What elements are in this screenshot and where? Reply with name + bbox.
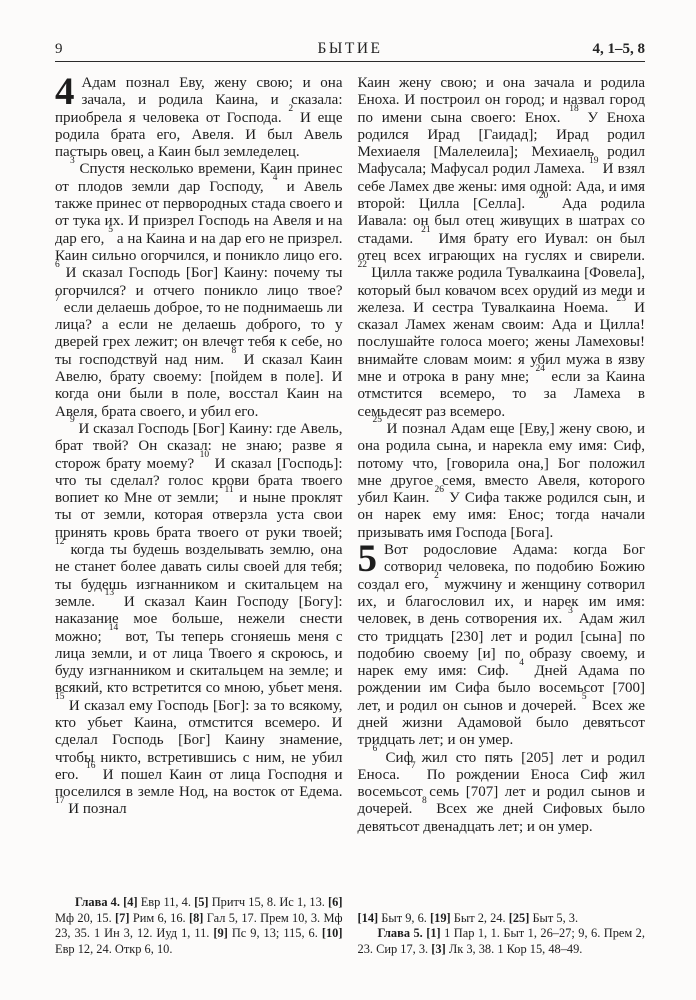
verse-number: 10 [200, 450, 210, 460]
verse-number: 6 [55, 260, 60, 270]
verse-number: 8 [231, 346, 236, 356]
running-header: 9 БЫТИЕ 4, 1–5, 8 [55, 40, 645, 58]
footnote-ref: [19] [430, 911, 451, 925]
verse-number: 15 [55, 692, 65, 702]
footnote-text: Лк 3, 38. 1 Кор 15, 48–49. [446, 942, 583, 956]
footnote-ref: [10] [322, 926, 343, 940]
right-column-body: Каин жену свою; и она зачала и родила Ен… [358, 75, 646, 836]
footnote-ref: [8] [189, 911, 203, 925]
footnote-paragraph: Глава 5. [1] 1 Пар 1, 1. Быт 1, 26–27; 9… [358, 926, 646, 957]
verse-number: 18 [569, 104, 579, 114]
left-column-body: 4Адам познал Еву, жену свою; и она зачал… [55, 75, 343, 819]
book-title: БЫТИЕ [145, 40, 555, 58]
footnote-text: Мф 20, 15. [55, 911, 115, 925]
footnote-text: Притч 15, 8. Ис 1, 13. [209, 895, 328, 909]
footnote-paragraph: [14] Быт 9, 6. [19] Быт 2, 24. [25] Быт … [358, 911, 646, 926]
footnote-ref: [7] [115, 911, 129, 925]
chapter-5-paragraph: 5Вот родословие Адама: когда Бог сотвори… [358, 542, 646, 750]
verse-text: И пошел Каин от лица Господня и поселилс… [55, 767, 343, 800]
verse-number: 5 [582, 692, 587, 702]
header-rule [55, 61, 645, 62]
footnote-text: Быт 9, 6. [378, 911, 430, 925]
verse-number: 11 [224, 485, 233, 495]
verse-number: 2 [434, 571, 439, 581]
left-column-footnotes: Глава 4. [4] Евр 11, 4. [5] Притч 15, 8.… [55, 895, 343, 957]
left-column: 4Адам познал Еву, жену свою; и она зачал… [55, 75, 343, 957]
chapter-4-paragraph: 4Адам познал Еву, жену свою; и она зачал… [55, 75, 343, 161]
verse-text: И сказал Господь [Бог] Каину: почему ты … [55, 265, 343, 298]
paragraph: Каин жену свою; и она зачала и родила Ен… [358, 75, 646, 421]
footnote-ref: [3] [431, 942, 445, 956]
verse-number: 14 [109, 623, 119, 633]
verse-number: 7 [55, 294, 60, 304]
footnote-text: Рим 6, 16. [129, 911, 188, 925]
footnote-ref: [4] [123, 895, 137, 909]
paragraph: 25 И познал Адам еще [Еву,] жену свою, и… [358, 421, 646, 542]
verse-number: 7 [411, 761, 416, 771]
paragraph: 6 Сиф жил сто пять [205] лет и родил Ено… [358, 750, 646, 836]
paragraph: 3 Спустя несколько времени, Каин принес … [55, 161, 343, 420]
verse-number: 17 [55, 796, 65, 806]
footnote-paragraph: Глава 4. [4] Евр 11, 4. [5] Притч 15, 8.… [55, 895, 343, 957]
verse-number: 22 [358, 260, 368, 270]
paragraph: 9 И сказал Господь [Бог] Каину: где Авел… [55, 421, 343, 819]
verse-number: 2 [288, 104, 293, 114]
verse-number: 4 [273, 173, 278, 183]
footnote-text: Евр 12, 24. Откр 6, 10. [55, 942, 172, 956]
page-number: 9 [55, 41, 145, 58]
chapter-number-dropcap: 5 [358, 544, 378, 574]
verse-number: 12 [55, 537, 65, 547]
footnote-text: Евр 11, 4. [138, 895, 195, 909]
verse-number: 6 [373, 744, 378, 754]
footnote-text: Быт 2, 24. [451, 911, 509, 925]
verse-number: 24 [536, 364, 546, 374]
verse-text: И познал [68, 801, 126, 817]
footnote-ref: [1] [426, 926, 440, 940]
footnote-ref: Глава 4. [75, 895, 120, 909]
footnote-ref: [9] [213, 926, 227, 940]
footnote-ref: [14] [358, 911, 379, 925]
footnote-ref: [5] [194, 895, 208, 909]
verse-number: 8 [422, 796, 427, 806]
footnote-ref: [6] [328, 895, 342, 909]
text-columns: 4Адам познал Еву, жену свою; и она зачал… [55, 75, 645, 957]
chapter-number-dropcap: 4 [55, 77, 75, 107]
verse-number: 21 [421, 225, 431, 235]
verse-number: 9 [70, 415, 75, 425]
verse-number: 3 [568, 606, 573, 616]
verse-range: 4, 1–5, 8 [555, 41, 645, 58]
verse-number: 23 [617, 294, 627, 304]
footnote-text: Пс 9, 13; 115, 6. [228, 926, 322, 940]
verse-number: 3 [70, 156, 75, 166]
verse-number: 20 [539, 191, 549, 201]
footnote-ref: [25] [509, 911, 530, 925]
right-column-footnotes: [14] Быт 9, 6. [19] Быт 2, 24. [25] Быт … [358, 911, 646, 957]
verse-text: Цилла также родила Тувалкаина [Фовела], … [358, 265, 646, 316]
verse-number: 13 [105, 588, 115, 598]
verse-number: 5 [108, 225, 113, 235]
bible-scan-page: 9 БЫТИЕ 4, 1–5, 8 4Адам познал Еву, жену… [0, 0, 696, 1000]
footnote-text: Быт 5, 3. [529, 911, 578, 925]
verse-number: 16 [86, 761, 96, 771]
verse-number: 26 [434, 485, 444, 495]
verse-number: 19 [589, 156, 599, 166]
verse-number: 25 [373, 415, 383, 425]
footnote-ref: Глава 5. [378, 926, 423, 940]
right-column: Каин жену свою; и она зачала и родила Ен… [358, 75, 646, 957]
verse-number: 4 [519, 658, 524, 668]
